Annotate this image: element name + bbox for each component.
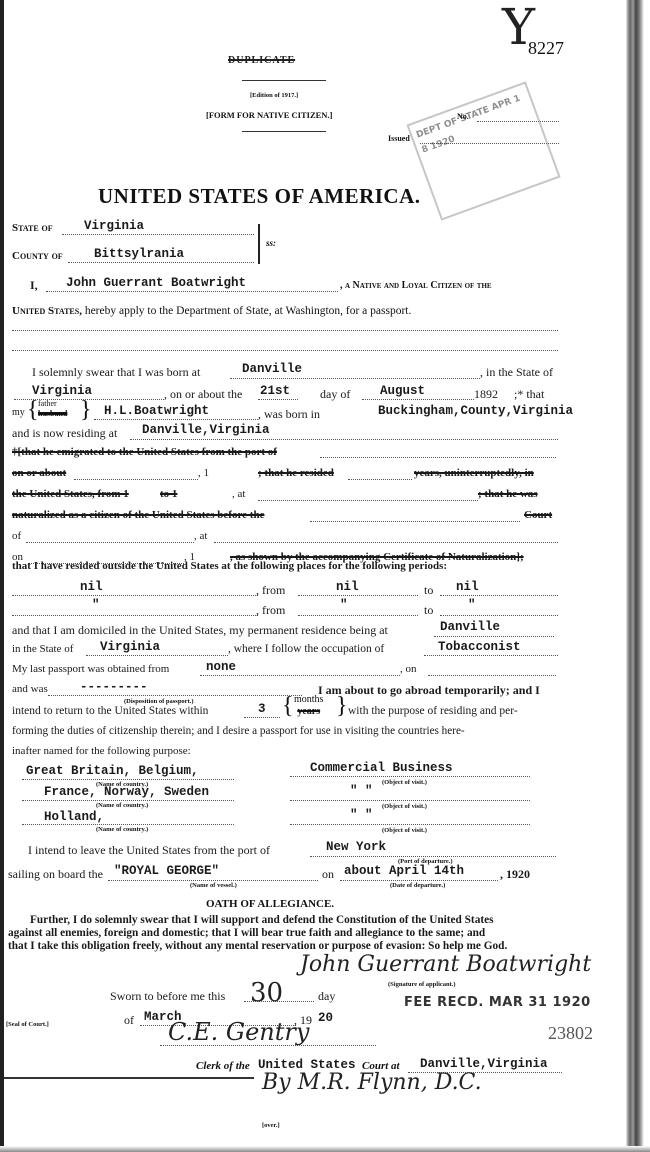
- country-1-name: Great Britain, Belgium,: [26, 764, 199, 778]
- sworn-text: Sworn to before me this: [110, 989, 225, 1004]
- form-type-label: [FORM FOR NATIVE CITIZEN.]: [206, 110, 332, 120]
- page-binding-edge: [618, 0, 650, 1152]
- file-number: 8227: [528, 38, 564, 59]
- born-text: I solemnly swear that I was born at: [32, 365, 200, 380]
- last-passport-on: , on: [400, 663, 417, 675]
- struck-heading: DUPLICATE: [228, 55, 295, 66]
- sworn-of: of: [124, 1013, 134, 1028]
- nat-line-2-blank-a: [74, 479, 198, 480]
- abroad-row-1-from-label: , from: [256, 583, 285, 598]
- fee-received-stamp: FEE RECD. MAR 31 1920: [404, 995, 591, 1010]
- departure-year: , 1920: [500, 867, 530, 882]
- abroad-row-2-to-line: [440, 615, 558, 616]
- oath-line-3: that I take this obligation freely, with…: [8, 940, 507, 952]
- applicant-name-line: [46, 291, 338, 292]
- sworn-day-label: day: [318, 989, 335, 1004]
- abroad-temporarily-text: I am about to go abroad temporarily; and…: [318, 683, 540, 698]
- nat-line-1-blank: [320, 457, 556, 458]
- abroad-row-1-from-line: [298, 595, 418, 596]
- country-2-caption: (Name of country.): [96, 802, 148, 809]
- abroad-row-1-to: nil: [456, 580, 479, 594]
- applicant-prefix: I,: [30, 278, 38, 293]
- naturalization-line-4b: Court: [524, 509, 552, 521]
- return-text: intend to return to the United States wi…: [12, 705, 208, 717]
- county-label: County of: [12, 250, 63, 262]
- header-rule-top: [242, 80, 326, 81]
- naturalization-line-2b: , 1: [198, 467, 209, 479]
- born-in-text: , was born in: [258, 407, 320, 422]
- abroad-row-2-from: ": [340, 598, 348, 612]
- father-birthplace-value: Buckingham,County,Virginia: [378, 404, 573, 418]
- last-passport-line: [200, 675, 400, 676]
- naturalization-line-3c: , at: [232, 488, 245, 500]
- state-line: [62, 234, 254, 235]
- domicile-city: Danville: [440, 620, 500, 634]
- venue-brace: [258, 224, 260, 264]
- return-purpose-text: with the purpose of residing and per-: [348, 705, 518, 717]
- county-line: [68, 262, 254, 263]
- abroad-row-2-place: ": [92, 598, 100, 612]
- naturalization-line-4a: naturalized as a citizen of the United S…: [12, 509, 264, 521]
- sworn-year: 20: [318, 1011, 333, 1025]
- return-line-2: forming the duties of citizenship therei…: [12, 725, 465, 737]
- naturalization-line-3b: to 1: [160, 488, 177, 500]
- departure-port-text: I intend to leave the United States from…: [28, 843, 270, 858]
- object-1-value: Commercial Business: [310, 761, 453, 775]
- country-3-caption: (Name of country.): [96, 826, 148, 833]
- residence-abroad-intro: that I have resided outside the United S…: [12, 560, 447, 572]
- return-brace-right: }: [336, 696, 348, 716]
- oath-line-2: against all enemies, foreign and domesti…: [8, 927, 485, 939]
- state-label: State of: [12, 222, 53, 234]
- country-3-line: [22, 824, 234, 825]
- abroad-row-2-place-line: [12, 615, 258, 616]
- abroad-row-2-from-line: [298, 615, 418, 616]
- and-was-text: and was: [12, 683, 48, 695]
- page-bottom-edge: [0, 1146, 650, 1152]
- abroad-row-2-to-label: to: [424, 603, 433, 618]
- domicile-state-line: [86, 655, 228, 656]
- disposition-line: [48, 695, 302, 696]
- nat-line-5-blank-a: [26, 542, 194, 543]
- nat-line-5-blank-b: [214, 542, 558, 543]
- brace-right: }: [80, 400, 92, 420]
- apply-text: United States, hereby apply to the Depar…: [12, 305, 411, 317]
- naturalization-line-5b: , at: [194, 530, 207, 542]
- native-citizen-text: , a Native and Loyal Citizen of the: [340, 280, 492, 291]
- domicile-state-text: in the State of: [12, 643, 73, 655]
- father-name-line: [94, 419, 258, 420]
- relation-husband: husband: [38, 409, 67, 419]
- return-number: 3: [258, 702, 266, 716]
- birth-month-line: [362, 399, 474, 400]
- birth-day-value: 21st: [260, 384, 290, 398]
- object-2-value: " ": [350, 784, 373, 798]
- domicile-city-line: [434, 636, 554, 637]
- sworn-day: 30: [250, 978, 283, 1008]
- occupation-line: [424, 655, 558, 656]
- naturalization-line-2a: on or about: [12, 467, 66, 479]
- naturalization-line-1: †[that he emigrated to the United States…: [12, 446, 277, 458]
- vessel-name: "ROYAL GEORGE": [114, 864, 219, 878]
- country-2-line: [22, 800, 234, 801]
- birthplace-line: [230, 378, 480, 379]
- object-1-caption: (Object of visit.): [382, 779, 427, 786]
- return-brace-left: {: [282, 696, 294, 716]
- over-label: [over.]: [262, 1122, 280, 1129]
- court-location: Danville,Virginia: [420, 1057, 548, 1071]
- naturalization-line-3d: ; that he was: [478, 488, 538, 500]
- object-2-line: [290, 800, 530, 801]
- object-1-line: [290, 776, 530, 777]
- header-rule-bottom: [242, 131, 326, 132]
- united-states-sc: United States,: [12, 305, 82, 317]
- return-unit-options: months years: [294, 694, 323, 718]
- abroad-row-2-to: ": [468, 598, 476, 612]
- clerk-signature-line: [160, 1045, 376, 1046]
- object-3-value: " ": [350, 808, 373, 822]
- abroad-row-1-place-line: [12, 595, 258, 596]
- county-value: Bittsylrania: [94, 247, 184, 261]
- object-3-line: [290, 824, 530, 825]
- birth-state-value: Virginia: [32, 384, 92, 398]
- relation-options: father husband: [38, 399, 67, 419]
- clerk-text: Clerk of the: [196, 1060, 250, 1072]
- birth-month-value: August: [380, 384, 425, 398]
- unit-years: years: [294, 706, 323, 718]
- country-2-name: France, Norway, Sweden: [44, 785, 209, 799]
- oath-heading: OATH OF ALLEGIANCE.: [206, 898, 334, 910]
- my-text: my: [12, 407, 25, 418]
- court-seal-label: [Seal of Court.]: [6, 1021, 49, 1028]
- vessel-caption: (Name of vessel.): [190, 882, 237, 889]
- nat-line-4-blank: [310, 521, 520, 522]
- birth-day-line: [258, 399, 298, 400]
- sailing-text: sailing on board the: [8, 867, 103, 882]
- apply-sentence: hereby apply to the Department of State,…: [85, 305, 412, 317]
- deputy-signature: By M.R. Flynn, D.C.: [262, 1070, 482, 1095]
- naturalization-line-5a: of: [12, 530, 21, 542]
- abroad-row-1-to-line: [440, 595, 558, 596]
- country-3-name: Holland,: [44, 810, 104, 824]
- residing-text: and is now residing at: [12, 426, 117, 441]
- father-residence-line: [130, 439, 558, 440]
- disposition-value: ---------: [80, 680, 148, 694]
- departure-port: New York: [326, 840, 386, 854]
- relation-father: father: [38, 399, 67, 409]
- page-left-edge: [0, 0, 4, 1152]
- ss-label: ss:: [266, 238, 276, 248]
- edition-label: [Edition of 1917.]: [250, 92, 298, 99]
- father-name-value: H.L.Boatwright: [104, 404, 209, 418]
- object-2-caption: (Object of visit.): [382, 803, 427, 810]
- abroad-row-1-to-label: to: [424, 583, 433, 598]
- last-passport-value: none: [206, 660, 236, 674]
- bottom-divider: [4, 1077, 254, 1079]
- received-date-stamp: DEPT OF STATE APR 1 8 1920: [406, 81, 560, 220]
- unit-months: months: [294, 694, 323, 706]
- departure-date-line: [340, 880, 498, 881]
- signature-caption: (Signature of applicant.): [388, 981, 456, 988]
- last-passport-date-line: [428, 675, 556, 676]
- return-line-3: inafter named for the following purpose:: [12, 745, 191, 757]
- naturalization-line-2c: ; that he resided: [258, 467, 334, 479]
- domicile-state: Virginia: [100, 640, 160, 654]
- object-3-caption: (Object of visit.): [382, 827, 427, 834]
- blank-line-1: [12, 330, 558, 331]
- document-title: UNITED STATES OF AMERICA.: [98, 184, 421, 209]
- oath-line-1: Further, I do solemnly swear that I will…: [30, 914, 494, 926]
- father-residence-value: Danville,Virginia: [142, 423, 270, 437]
- brace-left: {: [27, 400, 39, 420]
- serial-number: 23802: [548, 1023, 593, 1044]
- on-or-about-text: , on or about the: [164, 387, 242, 402]
- occupation-value: Tobacconist: [438, 640, 521, 654]
- departure-date-caption: (Date of departure.): [390, 882, 445, 889]
- birthplace-value: Danville: [242, 362, 302, 376]
- blank-line-2: [12, 350, 558, 351]
- that-text: ;* that: [514, 387, 544, 402]
- return-number-line: [244, 717, 280, 718]
- applicant-name: John Guerrant Boatwright: [66, 276, 246, 290]
- departure-date: about April 14th: [344, 864, 464, 878]
- vessel-line: [108, 880, 318, 881]
- birth-year-value: 1892: [474, 387, 498, 402]
- disposition-caption: (Disposition of passport.): [124, 698, 194, 705]
- issued-label: Issued: [388, 134, 410, 143]
- in-state-text: , in the State of: [480, 365, 553, 380]
- domicile-text: and that I am domiciled in the United St…: [12, 623, 388, 638]
- day-of-text: day of: [320, 387, 350, 402]
- occupation-text: , where I follow the occupation of: [228, 643, 384, 655]
- naturalization-line-2d: years, uninterruptedly, in: [414, 467, 534, 479]
- nat-line-2-blank-b: [348, 479, 412, 480]
- state-value: Virginia: [84, 219, 144, 233]
- last-passport-text: My last passport was obtained from: [12, 663, 169, 675]
- departure-port-line: [310, 856, 556, 857]
- abroad-row-1-from: nil: [336, 580, 359, 594]
- abroad-row-1-place: nil: [80, 580, 103, 594]
- abroad-row-2-from-label: , from: [256, 603, 285, 618]
- clerk-signature: C.E. Gentry: [168, 1018, 309, 1046]
- applicant-signature: John Guerrant Boatwright: [300, 952, 591, 977]
- naturalization-line-3a: the United States, from 1: [12, 488, 129, 500]
- nat-line-3-blank: [258, 500, 478, 501]
- departure-on: on: [322, 867, 334, 882]
- country-1-line: [22, 779, 234, 780]
